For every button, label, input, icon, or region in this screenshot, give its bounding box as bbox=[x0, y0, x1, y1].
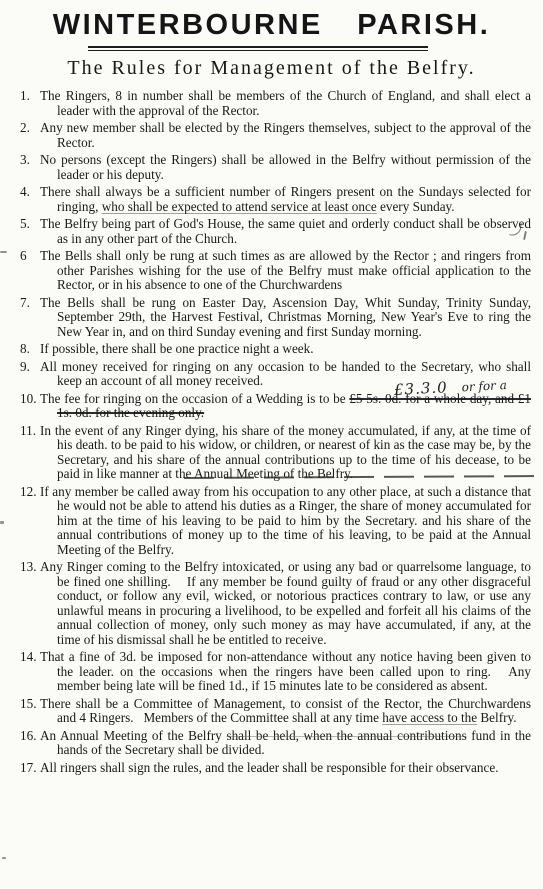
rule-text: The Ringers, 8 in number shall be member… bbox=[57, 89, 531, 118]
rule-text: In the event of any Ringer dying, his sh… bbox=[57, 424, 531, 482]
rule-text-segment: The fee for ringing on the occasion of a… bbox=[40, 391, 349, 406]
rule-item: 16.An Annual Meeting of the Belfry shall… bbox=[12, 729, 531, 758]
rule-text-segment: Any new member shall be elected by the R… bbox=[40, 120, 531, 150]
rule-text: The Bells shall be rung on Easter Day, A… bbox=[57, 296, 531, 340]
rule-text-segment: Belfry. bbox=[477, 710, 516, 725]
rule-text-segment: An Annual Meeting of the Belfry bbox=[40, 728, 226, 743]
rule-item: 12.If any member be called away from his… bbox=[12, 485, 531, 558]
rule-text: Any Ringer coming to the Belfry intoxica… bbox=[57, 560, 531, 647]
rule-item: 15.There shall be a Committee of Managem… bbox=[12, 697, 531, 726]
rule-number: 16. bbox=[20, 729, 46, 744]
rule-item: 4.There shall always be a sufficient num… bbox=[12, 185, 531, 214]
rule-text: If any member be called away from his oc… bbox=[57, 485, 531, 558]
rule-text: That a fine of 3d. be imposed for non-at… bbox=[57, 650, 531, 694]
rule-item: 2.Any new member shall be elected by the… bbox=[12, 121, 531, 150]
rule-number: 5. bbox=[20, 217, 46, 232]
rule-text-segment: shall be held, when the annual contribut… bbox=[226, 728, 466, 743]
rule-item: 14.That a fine of 3d. be imposed for non… bbox=[12, 650, 531, 694]
rules-list: 1.The Ringers, 8 in number shall be memb… bbox=[12, 89, 531, 775]
rule-number: 4. bbox=[20, 185, 46, 200]
rule-item: 13.Any Ringer coming to the Belfry intox… bbox=[12, 560, 531, 647]
rule-text: Any new member shall be elected by the R… bbox=[57, 121, 531, 150]
rule-number: 15. bbox=[20, 697, 46, 712]
rule-item: 11.In the event of any Ringer dying, his… bbox=[12, 424, 531, 482]
rule-number: 3. bbox=[20, 153, 46, 168]
rule-item: 8.If possible, there shall be one practi… bbox=[12, 342, 531, 357]
rule-number: 13. bbox=[20, 560, 46, 575]
rule-text: An Annual Meeting of the Belfry shall be… bbox=[57, 729, 531, 758]
rule-number: 9. bbox=[20, 360, 46, 375]
rule-number: 7. bbox=[20, 296, 46, 311]
rule-text-segment: If any member be called away from his oc… bbox=[40, 484, 531, 557]
rule-text-segment: All ringers shall sign the rules, and th… bbox=[40, 760, 499, 775]
rule-text: There shall always be a sufficient numbe… bbox=[57, 185, 531, 214]
rule-number: 6 bbox=[20, 249, 46, 264]
rule-text-segment: The Belfry being part of God's House, th… bbox=[40, 216, 531, 246]
rule-item: 7.The Bells shall be rung on Easter Day,… bbox=[12, 296, 531, 340]
rule-item: 5.The Belfry being part of God's House, … bbox=[12, 217, 531, 246]
rule-number: 10. bbox=[20, 392, 46, 407]
rule-text: The Belfry being part of God's House, th… bbox=[57, 217, 531, 246]
handwritten-fee-amount: £3.3.0 bbox=[394, 378, 449, 399]
rule-text-segment: every Sunday. bbox=[377, 199, 455, 214]
rule-text: All ringers shall sign the rules, and th… bbox=[57, 761, 531, 776]
rule-number: 17. bbox=[20, 761, 46, 776]
rule-item: 17.All ringers shall sign the rules, and… bbox=[12, 761, 531, 776]
rule-item: 3.No persons (except the Ringers) shall … bbox=[12, 153, 531, 182]
rule-number: 11. bbox=[20, 424, 46, 439]
rule-number: 14. bbox=[20, 650, 46, 665]
ink-speck bbox=[2, 857, 6, 859]
rule-text: The Bells shall only be rung at such tim… bbox=[57, 249, 531, 293]
rule-text-segment: Any Ringer coming to the Belfry intoxica… bbox=[40, 559, 531, 647]
rule-text: No persons (except the Ringers) shall be… bbox=[57, 153, 531, 182]
rule-text-segment: have access to the bbox=[382, 710, 477, 725]
rule-text-segment: If possible, there shall be one practice… bbox=[40, 341, 314, 356]
rule-item: 1.The Ringers, 8 in number shall be memb… bbox=[12, 89, 531, 118]
rule-text-segment: who shall be expected to attend service … bbox=[102, 199, 377, 214]
rule-number: 2. bbox=[20, 121, 46, 136]
ink-speck bbox=[0, 251, 7, 253]
document-page: WINTERBOURNE PARISH. The Rules for Manag… bbox=[0, 0, 543, 889]
rule-text-segment: In the event of any Ringer dying, his sh… bbox=[40, 423, 531, 482]
rule-number: 12. bbox=[20, 485, 46, 500]
rule-number: 1. bbox=[20, 89, 46, 104]
rule-text-segment: No persons (except the Ringers) shall be… bbox=[40, 152, 531, 182]
ink-speck bbox=[0, 521, 4, 524]
rule-text-segment: The Ringers, 8 in number shall be member… bbox=[40, 88, 531, 118]
rule-item: 10.The fee for ringing on the occasion o… bbox=[12, 392, 531, 421]
rule-number: 8. bbox=[20, 342, 46, 357]
page-subtitle: The Rules for Management of the Belfry. bbox=[0, 57, 543, 80]
rule-text-segment: The Bells shall be rung on Easter Day, A… bbox=[40, 295, 531, 339]
handwritten-fee-note: or for a bbox=[461, 378, 507, 394]
rule-text: If possible, there shall be one practice… bbox=[57, 342, 531, 357]
page-title: WINTERBOURNE PARISH. bbox=[0, 9, 543, 42]
title-divider-rule bbox=[88, 46, 428, 51]
rule-item: 6The Bells shall only be rung at such ti… bbox=[12, 249, 531, 293]
rule-text-segment: That a fine of 3d. be imposed for non-at… bbox=[40, 649, 531, 693]
rule-text-segment: The Bells shall only be rung at such tim… bbox=[40, 248, 531, 292]
rule-text: There shall be a Committee of Management… bbox=[57, 697, 531, 726]
